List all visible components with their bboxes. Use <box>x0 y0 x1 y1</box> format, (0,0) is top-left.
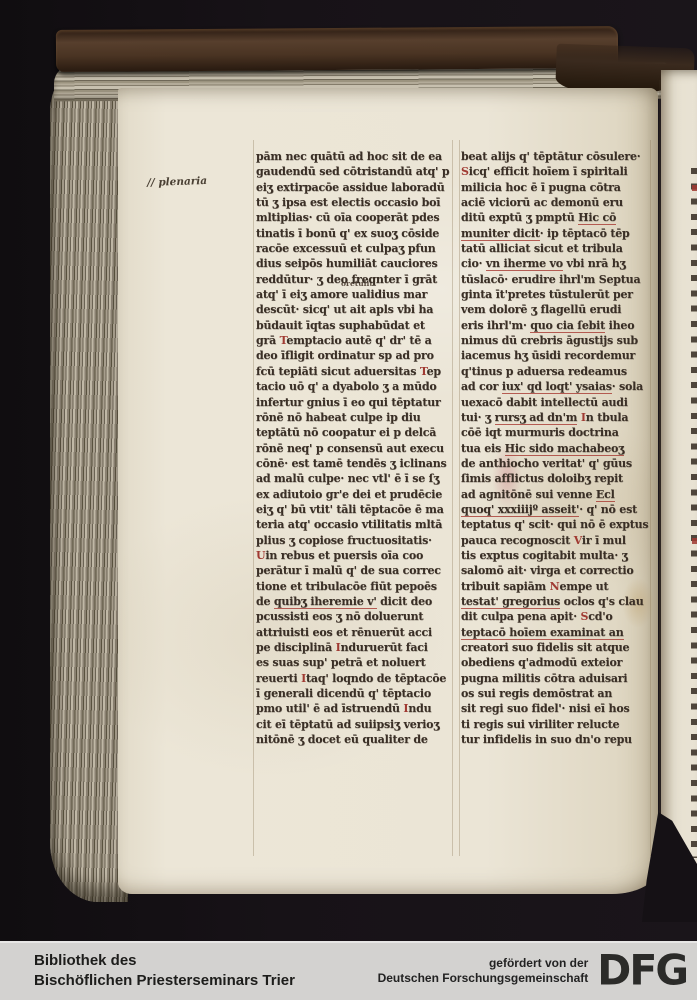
dfg-logo: DFG <box>597 950 687 992</box>
text-segment: aciē viciorū ac demonū eru <box>461 196 623 209</box>
text-segment: cd'o <box>588 610 612 623</box>
manuscript-line: gaudendū sed cōtristandū atq' p <box>256 164 454 179</box>
manuscript-line: ad cor iux' qd loqt' ysaias· sola <box>461 379 655 394</box>
manuscript-line: reuerti Itaq' loqndo de tēptacōe <box>256 671 454 686</box>
manuscript-line: nimus dū crebris āgustijs sub <box>461 333 655 348</box>
manuscript-line: descūt· sicq' ut ait apls vbi ha <box>256 302 454 317</box>
manuscript-line: tacio uō q' a dyabolo ʒ a mūdo <box>256 379 454 394</box>
text-segment: pmo util' ē ad īstruendū <box>256 702 403 715</box>
text-segment: tione et tribulacōe fiūt pepoēs <box>256 580 437 593</box>
manuscript-line: teptacō hoīem examinat an <box>461 625 655 640</box>
manuscript-line: tis exptus cogitabit multa· ʒ <box>461 548 655 563</box>
text-segment: de anthiocho veritat' q' gūus <box>461 457 632 470</box>
manuscript-line: tur infidelis in suo dn'o repu <box>461 732 655 747</box>
text-segment: · sola <box>612 380 643 393</box>
text-segment: teria atq' occasio vtilitatis mltā <box>256 518 442 531</box>
text-segment: iheo <box>605 319 634 332</box>
footer-bar: Bibliothek des Bischöflichen Priestersem… <box>0 941 697 1000</box>
manuscript-line: pām nec quātū ad hoc sit de ea <box>256 149 454 164</box>
manuscript-line: ī generali dicendū q' tēptacio <box>256 686 454 701</box>
text-segment: tur infidelis in suo dn'o repu <box>461 733 632 746</box>
manuscript-line: eiʒ q' bū vtit' tāli tēptacōe ē ma <box>256 502 454 517</box>
rubric-initial: U <box>256 549 265 562</box>
manuscript-line: deo īfligit ordinatur sp ad pro <box>256 348 454 363</box>
text-segment: nitōnē ʒ docet eū qualiter de <box>256 733 428 746</box>
ruling-line <box>459 140 460 856</box>
text-segment: ndu <box>408 702 431 715</box>
manuscript-line: rōnē neq' p consensū aut execu <box>256 441 454 456</box>
page-stack-left-edge <box>50 72 128 902</box>
text-segment: sit regi suo fidel'· nisi eī hos <box>461 702 629 715</box>
manuscript-line: eris ihrl'm· quo cia ſebit iheo <box>461 318 655 333</box>
manuscript-line: aciē viciorū ac demonū eru <box>461 195 655 210</box>
manuscript-line: eiʒ extirpacōe assidue laboradū <box>256 180 454 195</box>
manuscript-line: tribuit sapiām Nempe ut <box>461 579 655 594</box>
text-segment: emptacio autē q' dr' tē a <box>286 334 431 347</box>
manuscript-line: tatū alliciat sicut et tribula <box>461 241 655 256</box>
manuscript-line: tua eis Hic sido machabeoʒ <box>461 441 655 456</box>
text-segment: eiʒ q' bū vtit' tāli tēptacōe ē ma <box>256 503 444 516</box>
manuscript-line: beat alijs q' tēptātur cōsulere· <box>461 149 655 164</box>
text-segment: cōnē· est tamē tendēs ʒ iclinans <box>256 457 446 470</box>
text-segment: ex adiutoio gr'e dei et prudēcie <box>256 488 442 501</box>
red-underlined-text: quo cia ſebit <box>530 319 605 333</box>
text-segment: deo īfligit ordinatur sp ad pro <box>256 349 434 362</box>
manuscript-line: q'tinus p aduersa redeamus <box>461 364 655 379</box>
text-segment: plius ʒ copiose fructuositatis· <box>256 534 432 547</box>
text-segment: eris ihrl'm· <box>461 319 530 332</box>
text-segment: ſimis afflictus doloibʒ repit <box>461 472 623 485</box>
manuscript-line: būdauit īqtas suphabūdat et <box>256 318 454 333</box>
rubric-initial: S <box>461 165 469 178</box>
text-segment: tū ʒ ipsa est electis occasio boī <box>256 196 440 209</box>
text-segment: ti regis sui viriliter relucte <box>461 718 619 731</box>
text-segment: cōē iqt murmuris doctrina <box>461 426 619 439</box>
manuscript-line: uexacō dabit intellectū audi <box>461 395 655 410</box>
text-segment: ad cor <box>461 380 502 393</box>
manuscript-line: tione et tribulacōe fiūt pepoēs <box>256 579 454 594</box>
leather-cover-edge <box>56 26 618 72</box>
text-segment: reddūtur· ʒ deo freqnter ī grāt <box>256 273 437 286</box>
text-segment: pe disciplinā <box>256 641 336 654</box>
manuscript-line: cit eī tēptatū ad suiipsiʒ verioʒ <box>256 717 454 732</box>
manuscript-line: quoq' xxxiiijº asseit'· q' nō est <box>461 502 655 517</box>
facing-page-text-fragments <box>691 168 697 858</box>
facing-page-sliver <box>661 70 697 886</box>
text-segment: tūslacō· erudire ihrl'm Septua <box>461 273 640 286</box>
red-underlined-text: Hic cō <box>578 211 616 225</box>
manuscript-line: rōnē nō habeat culpe ip diu <box>256 410 454 425</box>
manuscript-line: vem dolorē ʒ flagellū erudi <box>461 302 655 317</box>
text-column-2: beat alijs q' tēptātur cōsulere·Sicq' ef… <box>461 149 655 747</box>
library-name: Bibliothek des Bischöflichen Priestersem… <box>34 951 295 989</box>
red-underlined-text: muniter dicit <box>461 227 540 241</box>
facing-page-red-fragment <box>692 538 697 544</box>
text-segment: fcū tepiāti sicut aduersitas <box>256 365 420 378</box>
manuscript-line: atq' ī eiʒ amore ualidius mar <box>256 287 454 302</box>
manuscript-line: nitōnē ʒ docet eū qualiter de <box>256 732 454 747</box>
text-segment: atq' ī eiʒ amore ualidius mar <box>256 288 427 301</box>
text-column-1: pām nec quātū ad hoc sit de eagaudendū s… <box>256 149 454 747</box>
rubric-initial: T <box>420 365 427 378</box>
red-underlined-text: quoq' xxxiiijº asseit' <box>461 503 579 517</box>
text-segment: ir ī mul <box>582 534 626 547</box>
text-segment: ī generali dicendū q' tēptacio <box>256 687 431 700</box>
manuscript-line: ad agnitōnē sui venne Ecl <box>461 487 655 502</box>
red-underlined-text: Ecl <box>596 488 615 502</box>
text-segment: beat alijs q' tēptātur cōsulere· <box>461 150 640 163</box>
manuscript-line: pauca recognoscit Vir ī mul <box>461 533 655 548</box>
library-name-line1: Bibliothek des <box>34 951 295 970</box>
text-segment: q'tinus p aduersa redeamus <box>461 365 627 378</box>
text-segment: pcussisti eos ʒ nō doluerunt <box>256 610 423 623</box>
text-segment: · ip tēptacō tēp <box>540 227 630 240</box>
text-segment: n tbula <box>586 411 629 424</box>
text-segment: dit culpa pena apit· <box>461 610 581 623</box>
manuscript-line: ex adiutoio gr'e dei et prudēcie <box>256 487 454 502</box>
text-segment: os sui regis demōstrat an <box>461 687 612 700</box>
manuscript-line: ſimis afflictus doloibʒ repit <box>461 471 655 486</box>
text-segment: cio· <box>461 257 486 270</box>
text-segment: milicia hoc ē ī pugna cōtra <box>461 181 621 194</box>
text-segment: pām nec quātū ad hoc sit de ea <box>256 150 442 163</box>
manuscript-line: tui· ʒ rursʒ ad dn'm In tbula <box>461 410 655 425</box>
text-segment: grā <box>256 334 280 347</box>
manuscript-line: cōnē· est tamē tendēs ʒ iclinans <box>256 456 454 471</box>
manuscript-line: de quibʒ iheremie v' dicit deo <box>256 594 454 609</box>
text-segment: mltiplias· cū oīa cooperāt pdes <box>256 211 439 224</box>
library-name-line2: Bischöflichen Priesterseminars Trier <box>34 971 295 990</box>
text-segment: salomō ait· virga et correctio <box>461 564 634 577</box>
manuscript-line: teria atq' occasio vtilitatis mltā <box>256 517 454 532</box>
text-segment: ad malū culpe· nec vtl' ē ī se ſʒ <box>256 472 439 485</box>
manuscript-line: pmo util' ē ad īstruendū Indu <box>256 701 454 716</box>
text-segment: oclos q's clau <box>560 595 644 608</box>
red-underlined-text: teptacō hoīem examinat an <box>461 626 624 640</box>
text-segment: ditū exptū ʒ pmptū <box>461 211 578 224</box>
red-underlined-text: vn iherme vo <box>486 257 563 271</box>
text-segment: dius seipōs humiliāt cauciores <box>256 257 438 270</box>
text-segment: icq' efficit hoīem ī spiritali <box>469 165 628 178</box>
manuscript-line: Sicq' efficit hoīem ī spiritali <box>461 164 655 179</box>
text-segment: obediens q'admodū exteior <box>461 656 622 669</box>
text-segment: vbi nrā hʒ <box>563 257 626 270</box>
margin-note: // plenaria <box>147 175 207 189</box>
red-underlined-text: iux' qd loqt' ysaias <box>502 380 612 394</box>
manuscript-line: tū ʒ ipsa est electis occasio boī <box>256 195 454 210</box>
text-segment: uexacō dabit intellectū audi <box>461 396 628 409</box>
manuscript-line: fcū tepiāti sicut aduersitas Tep <box>256 364 454 379</box>
manuscript-line: ditū exptū ʒ pmptū Hic cō <box>461 210 655 225</box>
text-segment: nimus dū crebris āgustijs sub <box>461 334 638 347</box>
text-segment: de <box>256 595 274 608</box>
text-segment: tui· ʒ <box>461 411 495 424</box>
funding-credit-line1: gefördert von der <box>378 956 589 970</box>
manuscript-line: ti regis sui viriliter relucte <box>461 717 655 732</box>
text-segment: attriuisti eos et rēnuerūt acci <box>256 626 432 639</box>
manuscript-line: ad malū culpe· nec vtl' ē ī se ſʒ <box>256 471 454 486</box>
manuscript-line: teptātū nō coopatur ei p delcā <box>256 425 454 440</box>
manuscript-line: infertur gnius ī eo qui tēptatur <box>256 395 454 410</box>
manuscript-line: iacemus hʒ ūsidi recordemur <box>461 348 655 363</box>
manuscript-line: pcussisti eos ʒ nō doluerunt <box>256 609 454 624</box>
manuscript-line: de anthiocho veritat' q' gūus <box>461 456 655 471</box>
manuscript-line: os sui regis demōstrat an <box>461 686 655 701</box>
manuscript-line: teptatus q' scit· qui nō ē exptus <box>461 517 655 532</box>
text-segment: tribuit sapiām <box>461 580 550 593</box>
manuscript-line: pugna militis cōtra aduisari <box>461 671 655 686</box>
text-segment: gaudendū sed cōtristandū atq' p <box>256 165 449 178</box>
manuscript-line: milicia hoc ē ī pugna cōtra <box>461 180 655 195</box>
facing-page-red-fragment <box>692 185 697 191</box>
rubric-initial: N <box>550 580 560 593</box>
manuscript-line: tinatis ī bonū q' ex suoʒ cōside <box>256 226 454 241</box>
manuscript-line: testat' gregorius oclos q's clau <box>461 594 655 609</box>
red-underlined-text: Hic sido machabeoʒ <box>505 442 625 456</box>
manuscript-line: obediens q'admodū exteior <box>461 655 655 670</box>
red-underlined-text: quibʒ iheremie v' <box>274 595 377 609</box>
text-segment: cit eī tēptatū ad suiipsiʒ verioʒ <box>256 718 439 731</box>
text-segment: · q' nō est <box>579 503 637 516</box>
text-segment: rōnē nō habeat culpe ip diu <box>256 411 421 424</box>
text-segment: in rebus et puersis oīa coo <box>265 549 423 562</box>
red-underlined-text: testat' gregorius <box>461 595 560 609</box>
funding-credit-line2: Deutschen Forschungsgemeinschaft <box>378 971 589 985</box>
text-segment: ad agnitōnē sui venne <box>461 488 596 501</box>
text-segment: reuerti <box>256 672 301 685</box>
manuscript-line: plius ʒ copiose fructuositatis· <box>256 533 454 548</box>
text-segment: taq' loqndo de tēptacōe <box>306 672 446 685</box>
manuscript-line: perātur ī malū q' de sua correc <box>256 563 454 578</box>
text-segment: creatori suo fidelis sit atque <box>461 641 629 654</box>
text-segment: eiʒ extirpacōe assidue laboradū <box>256 181 445 194</box>
text-segment: iacemus hʒ ūsidi recordemur <box>461 349 635 362</box>
manuscript-line: racōe excessuū et culpaʒ pfun <box>256 241 454 256</box>
text-segment: racōe excessuū et culpaʒ pfun <box>256 242 436 255</box>
manuscript-line: dius seipōs humiliāt cauciores <box>256 256 454 271</box>
manuscript-line: tūslacō· erudire ihrl'm Septua <box>461 272 655 287</box>
manuscript-line: mltiplias· cū oīa cooperāt pdes <box>256 210 454 225</box>
text-segment: perātur ī malū q' de sua correc <box>256 564 441 577</box>
rubric-initial: V <box>574 534 582 547</box>
manuscript-line: cio· vn iherme vo vbi nrā hʒ <box>461 256 655 271</box>
text-segment: tua eis <box>461 442 505 455</box>
manuscript-line: muniter dicit· ip tēptacō tēp <box>461 226 655 241</box>
text-segment: ginta īt'pretes tūstulerūt per <box>461 288 633 301</box>
text-segment: vem dolorē ʒ flagellū erudi <box>461 303 621 316</box>
text-segment: empe ut <box>559 580 608 593</box>
text-segment: pauca recognoscit <box>461 534 574 547</box>
manuscript-line: ginta īt'pretes tūstulerūt per <box>461 287 655 302</box>
manuscript-line: Uin rebus et puersis oīa coo <box>256 548 454 563</box>
manuscript-line: attriuisti eos et rēnuerūt acci <box>256 625 454 640</box>
manuscript-line: cōē iqt murmuris doctrina <box>461 425 655 440</box>
manuscript-line: pe disciplinā Induruerūt faci <box>256 640 454 655</box>
text-segment: nduruerūt faci <box>341 641 428 654</box>
text-segment: infertur gnius ī eo qui tēptatur <box>256 396 441 409</box>
text-segment: pugna militis cōtra aduisari <box>461 672 627 685</box>
text-segment: descūt· sicq' ut ait apls vbi ha <box>256 303 433 316</box>
manuscript-line: es suas sup' petrā et noluert <box>256 655 454 670</box>
text-segment: tinatis ī bonū q' ex suoʒ cōside <box>256 227 439 240</box>
text-segment: dicit deo <box>377 595 433 608</box>
funding-credit: gefördert von der Deutschen Forschungsge… <box>378 950 687 991</box>
manuscript-line: dit culpa pena apit· Scd'o <box>461 609 655 624</box>
manuscript-line: salomō ait· virga et correctio <box>461 563 655 578</box>
text-segment: ep <box>427 365 441 378</box>
text-segment: tatū alliciat sicut et tribula <box>461 242 623 255</box>
text-segment: teptātū nō coopatur ei p delcā <box>256 426 436 439</box>
text-segment: tacio uō q' a dyabolo ʒ a mūdo <box>256 380 437 393</box>
manuscript-line: grā Temptacio autē q' dr' tē a <box>256 333 454 348</box>
manuscript-line: sit regi suo fidel'· nisi eī hos <box>461 701 655 716</box>
funding-credit-text: gefördert von der Deutschen Forschungsge… <box>378 956 589 985</box>
ruling-line <box>253 140 254 856</box>
red-underlined-text: rursʒ ad dn'm <box>495 411 578 425</box>
text-segment: teptatus q' scit· qui nō ē exptus <box>461 518 648 531</box>
text-segment: es suas sup' petrā et noluert <box>256 656 425 669</box>
scan-photo-background: // plenaria oretulit' pām nec quātū ad h… <box>0 0 697 1000</box>
text-segment: tis exptus cogitabit multa· ʒ <box>461 549 628 562</box>
text-segment: būdauit īqtas suphabūdat et <box>256 319 425 332</box>
text-segment: rōnē neq' p consensū aut execu <box>256 442 444 455</box>
manuscript-line: reddūtur· ʒ deo freqnter ī grāt <box>256 272 454 287</box>
manuscript-line: creatori suo fidelis sit atque <box>461 640 655 655</box>
